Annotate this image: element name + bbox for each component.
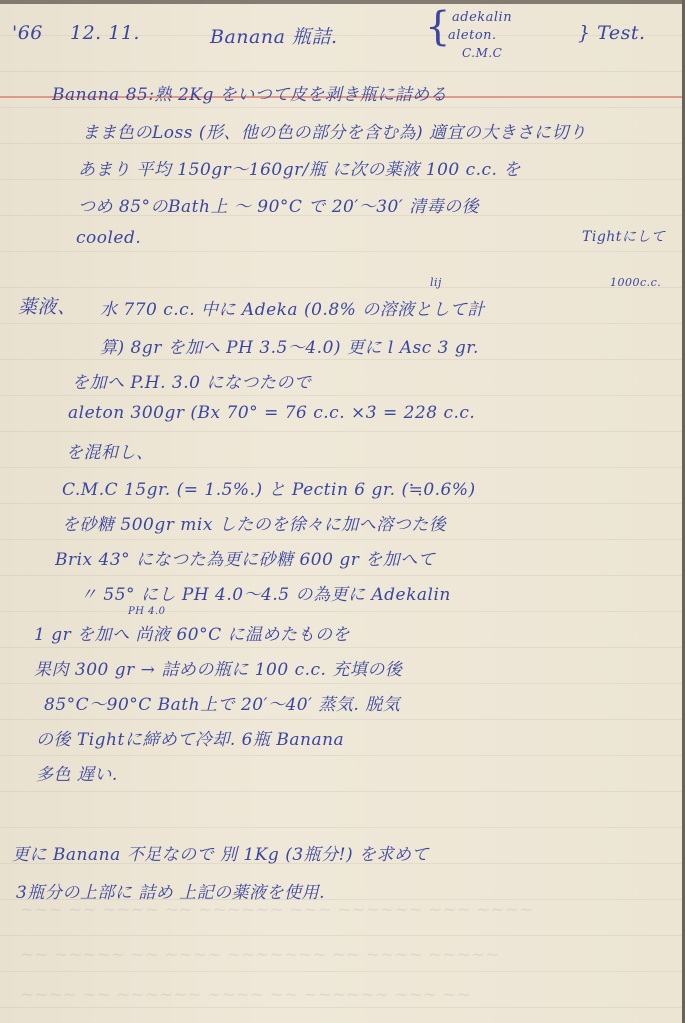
bleed-through-text: ~~ ~~~~~ ~~ ~~~~ ~~~~~~~ ~~ ~~~~ ~~~~~ [20,945,662,965]
closing-line-2: 3瓶分の上部に 詰め 上記の薬液を使用. [16,878,325,903]
closing-line-1: 更に Banana 不足なので 別 1Kg (3瓶分!) を求めて [12,840,429,865]
solution-line-3: を加へ P.H. 3.0 になつたので [72,368,311,393]
open-brace: { [425,4,451,50]
solution-line-2: 算) 8gr を加へ PH 3.5〜4.0) 更に l Asc 3 gr. [100,333,479,358]
solution-line-14: 多色 遅い. [36,760,118,785]
test-item-aleton: aleton. [448,28,497,43]
header-subject: Banana 瓶詰. [210,22,338,49]
page-top-edge [0,0,682,4]
solution-line-8: Brix 43° になつた為更に砂糖 600 gr を加へて [55,545,435,570]
solution-annotation-lij: lij [430,276,442,289]
solution-line-4: aleton 300gr (Bx 70° = 76 c.c. ×3 = 228 … [68,403,475,423]
solution-line-13: の後 Tightに締めて冷却. 6瓶 Banana [36,725,344,750]
intro-line-2: まま色のLoss (形、他の色の部分を含む為) 適宜の大きさに切り [82,118,587,143]
header-year: '66 [12,22,43,44]
bleed-through-text: ~~~ ~~ ~~~~ ~~ ~~~~~~ ~~~ ~~~~~~ ~~~ ~~~… [20,900,662,920]
header-test-label: } Test. [578,22,646,44]
notebook-page: ~~~ ~~ ~~~~ ~~ ~~~~~~ ~~~ ~~~~~~ ~~~ ~~~… [0,0,685,1023]
intro-line-1: Banana 85:熟 2Kg をいつて皮を剥き瓶に詰める [52,80,447,105]
intro-line-3: あまり 平均 150gr〜160gr/瓶 に次の薬液 100 c.c. を [78,155,521,180]
solution-line-11: 果肉 300 gr → 詰めの瓶に 100 c.c. 充填の後 [34,655,402,680]
solution-line-9: 〃 55° にし PH 4.0〜4.5 の為更に Adekalin [80,580,451,605]
intro-line-5: cooled. [76,228,141,248]
solution-superscript-ph: PH 4.0 [128,606,166,617]
solution-line-10: 1 gr を加へ 尚液 60°C に温めたものを [34,620,350,645]
solution-line-5: を混和し、 [66,438,154,463]
intro-line-4: つめ 85°のBath上 〜 90°C で 20′〜30′ 清毒の後 [78,192,479,217]
test-item-adekalin: adekalin [452,10,512,25]
solution-line-1: 水 770 c.c. 中に Adeka (0.8% の溶液として計 [100,295,485,320]
header-date: 12. 11. [70,22,140,44]
test-item-cmc: C.M.C [462,46,502,60]
solution-label: 薬液、 [18,292,77,319]
solution-line-7: を砂糖 500gr mix したのを徐々に加へ溶つた後 [62,510,446,535]
intro-note-tight: Tightにして [582,226,665,246]
solution-annotation-volume: 1000c.c. [610,276,661,289]
solution-line-6: C.M.C 15gr. (= 1.5%.) と Pectin 6 gr. (≒0… [62,475,476,500]
solution-line-12: 85°C〜90°C Bath上で 20′〜40′ 蒸気. 脱気 [44,690,400,715]
bleed-through-text: ~~~~ ~~ ~~~~~~ ~~~~ ~~ ~~~~~~ ~~~ ~~ [20,985,662,1005]
